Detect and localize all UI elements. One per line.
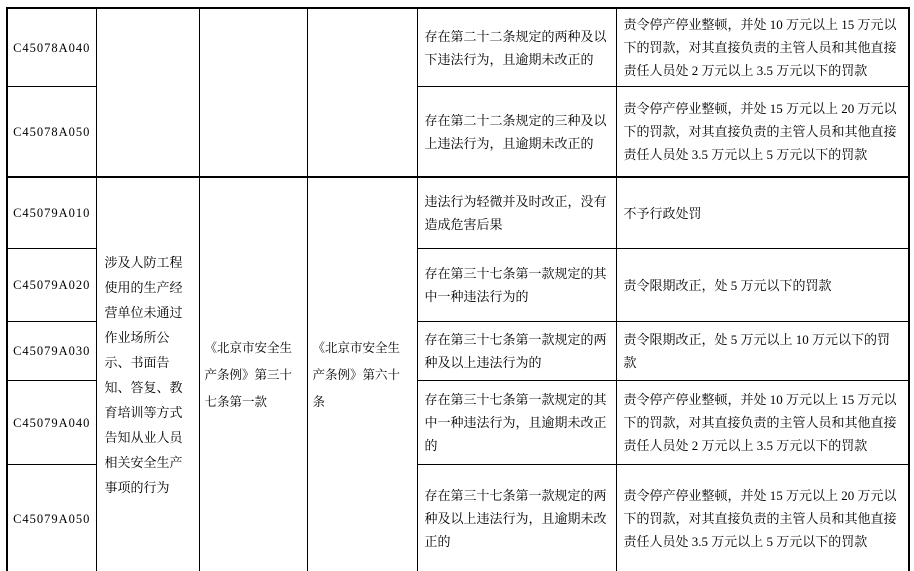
penalty-basis-cell xyxy=(307,8,417,177)
penalty-cell: 责令停产停业整顿，并处 10 万元以上 15 万元以下的罚款，对其直接负责的主管… xyxy=(616,381,909,465)
legal-basis-cell: 《北京市安全生产条例》第三十七条第一款 xyxy=(199,177,307,571)
penalty-basis-cell: 《北京市安全生产条例》第六十条 xyxy=(307,177,417,571)
penalty-cell: 责令停产停业整顿，并处 15 万元以上 20 万元以下的罚款，对其直接负责的主管… xyxy=(616,465,909,571)
penalty-discretion-table: C45078A040 存在第二十二条规定的两种及以下违法行为，且逾期未改正的 责… xyxy=(6,7,910,571)
penalty-cell: 责令停产停业整顿，并处 10 万元以上 15 万元以下的罚款，对其直接负责的主管… xyxy=(616,8,909,87)
legal-basis-cell xyxy=(199,8,307,177)
code-cell: C45079A030 xyxy=(7,322,96,381)
violation-description-cell: 涉及人防工程使用的生产经营单位未通过作业场所公示、书面告知、答复、教育培训等方式… xyxy=(96,177,199,571)
code-cell: C45079A040 xyxy=(7,381,96,465)
circumstance-cell: 存在第三十七条第一款规定的两种及以上违法行为，且逾期未改正的 xyxy=(417,465,616,571)
document-page: C45078A040 存在第二十二条规定的两种及以下违法行为，且逾期未改正的 责… xyxy=(0,7,914,571)
table-row: C45079A010 涉及人防工程使用的生产经营单位未通过作业场所公示、书面告知… xyxy=(7,177,909,249)
code-cell: C45079A020 xyxy=(7,249,96,322)
penalty-cell: 责令限期改正，处 5 万元以上 10 万元以下的罚款 xyxy=(616,322,909,381)
penalty-cell: 责令限期改正，处 5 万元以下的罚款 xyxy=(616,249,909,322)
violation-description-cell xyxy=(96,8,199,177)
penalty-cell: 责令停产停业整顿，并处 15 万元以上 20 万元以下的罚款，对其直接负责的主管… xyxy=(616,87,909,178)
circumstance-cell: 存在第三十七条第一款规定的其中一种违法行为，且逾期未改正的 xyxy=(417,381,616,465)
circumstance-cell: 违法行为轻微并及时改正，没有造成危害后果 xyxy=(417,177,616,249)
code-cell: C45078A050 xyxy=(7,87,96,178)
circumstance-cell: 存在第三十七条第一款规定的两种及以上违法行为的 xyxy=(417,322,616,381)
code-cell: C45078A040 xyxy=(7,8,96,87)
circumstance-cell: 存在第二十二条规定的两种及以下违法行为，且逾期未改正的 xyxy=(417,8,616,87)
code-cell: C45079A010 xyxy=(7,177,96,249)
code-cell: C45079A050 xyxy=(7,465,96,571)
circumstance-cell: 存在第三十七条第一款规定的其中一种违法行为的 xyxy=(417,249,616,322)
table-row: C45078A040 存在第二十二条规定的两种及以下违法行为，且逾期未改正的 责… xyxy=(7,8,909,87)
circumstance-cell: 存在第二十二条规定的三种及以上违法行为，且逾期未改正的 xyxy=(417,87,616,178)
penalty-cell: 不予行政处罚 xyxy=(616,177,909,249)
